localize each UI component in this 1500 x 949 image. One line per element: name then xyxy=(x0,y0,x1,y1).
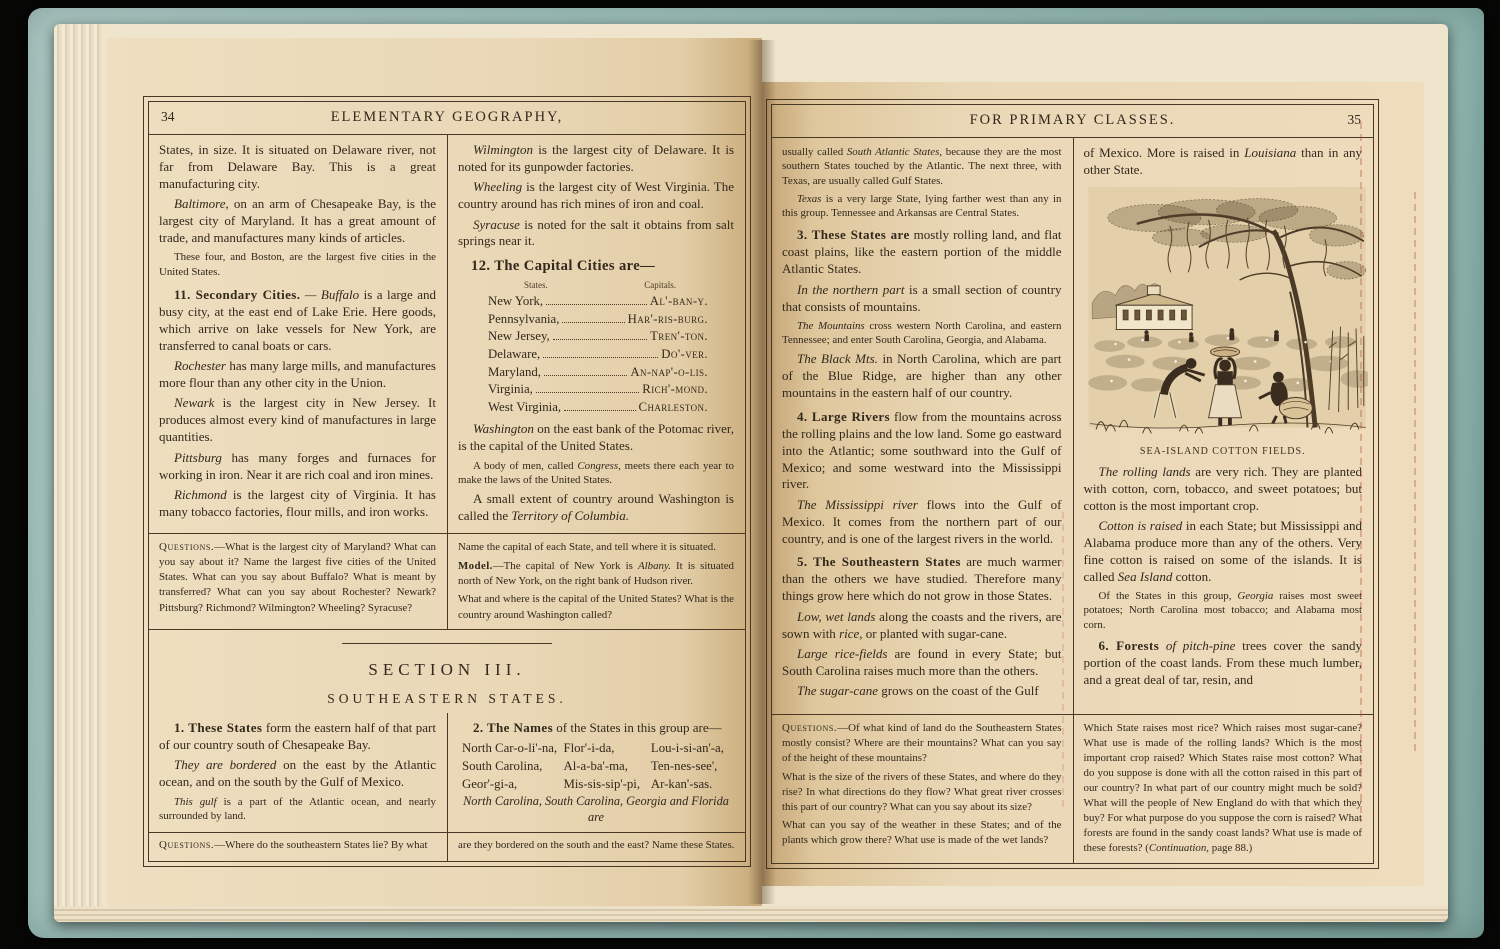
text-run-b: 11. Secondary Cities. xyxy=(174,287,300,302)
state-names-list: North Car-o-li'-na,Flor'-i-da,Lou-i-si-a… xyxy=(462,740,734,792)
questions-right-column: Name the capital of each State, and tell… xyxy=(447,534,745,629)
text-run-i: The Mississippi river xyxy=(797,497,918,512)
paragraph: A small extent of country around Washing… xyxy=(458,491,734,525)
section-divider-rule xyxy=(342,643,552,644)
paragraph: In the northern part is a small section … xyxy=(782,282,1062,316)
section-title: SECTION III. xyxy=(149,660,745,680)
text-run-i2: rice, xyxy=(839,626,862,641)
text-run-i2: Territory of Columbia. xyxy=(511,508,629,523)
capital-cell: An-nap'-o-lis. xyxy=(630,364,708,381)
state-cell: Delaware, xyxy=(488,346,540,363)
text-run-i: Syracuse xyxy=(473,217,520,232)
state-name: Ar-kan'-sas. xyxy=(651,776,734,793)
section-heading: SECTION III. SOUTHEASTERN STATES. xyxy=(149,630,745,713)
paragraph-the-names: 2. The Names of the States in this group… xyxy=(458,720,734,737)
questions-paragraph: Questions.—What is the largest city of M… xyxy=(159,540,436,615)
text-run-i: The Black Mts. xyxy=(797,351,878,366)
capital-cell: Tren'-ton. xyxy=(650,328,708,345)
right-page-body: usually called South Atlantic States, be… xyxy=(772,138,1373,863)
state-name: South Carolina, xyxy=(462,758,563,775)
paragraph: Large rice-fields are found in every Sta… xyxy=(782,646,1062,680)
dotted-leader xyxy=(536,392,639,393)
state-cell: Pennsylvania, xyxy=(488,311,559,328)
paragraph-small: Of the States in this group, Georgia rai… xyxy=(1084,589,1363,632)
text-run-t: —The capital of New York is xyxy=(493,560,638,572)
questions-left-column: Questions.—What is the largest city of M… xyxy=(149,534,447,629)
text-run-i: Wheeling xyxy=(473,179,522,194)
text-run-i: The Mountains xyxy=(797,320,865,332)
paragraph-large-rivers: 4. Large Rivers flow from the mountains … xyxy=(782,409,1062,493)
dotted-leader xyxy=(546,304,647,305)
dotted-leader xyxy=(544,375,627,376)
text-run-t: grows on the coast of the Gulf xyxy=(878,683,1039,698)
text-run-t: Of the States in this group, xyxy=(1099,590,1238,602)
paragraph-forests: 6. Forests of pitch-pine trees cover the… xyxy=(1084,638,1363,689)
footer-right: are they bordered on the south and the e… xyxy=(447,833,745,861)
questions-block: Questions.—Of what kind of land do the S… xyxy=(772,714,1373,863)
questions-label: Questions. xyxy=(159,541,214,553)
left-column: States, in size. It is situated on Delaw… xyxy=(149,135,447,533)
paragraph: They are bordered on the east by the Atl… xyxy=(159,757,436,791)
questions-label: Questions. xyxy=(159,839,214,851)
text-run-t: of the States in this group are— xyxy=(553,720,722,735)
paragraph: Cotton is raised in each State; but Miss… xyxy=(1084,518,1363,586)
text-run-t: These four, and Boston, are the largest … xyxy=(159,251,436,277)
pencil-mark xyxy=(1062,512,1064,812)
dotted-leader xyxy=(553,339,647,340)
dotted-leader xyxy=(562,322,624,323)
state-cell: West Virginia, xyxy=(488,399,561,416)
questions-paragraph: Questions.—Of what kind of land do the S… xyxy=(782,721,1062,766)
text-run-t: A body of men, called xyxy=(473,460,577,472)
text-run-i2: South Atlantic States, xyxy=(847,146,942,158)
text-run-b: Model. xyxy=(458,560,493,572)
text-run-i: Newark xyxy=(174,395,214,410)
right-column: of Mexico. More is raised in Louisiana t… xyxy=(1073,138,1374,714)
text-run-i: Cotton is raised xyxy=(1099,518,1183,533)
capital-cell: Har'-ris-burg. xyxy=(628,311,708,328)
footer-question-text: are they bordered on the south and the e… xyxy=(458,839,734,851)
table-row: Pennsylvania,Har'-ris-burg. xyxy=(458,311,734,328)
table-row: Maryland,An-nap'-o-lis. xyxy=(458,364,734,381)
table-row: New Jersey,Tren'-ton. xyxy=(458,328,734,345)
paragraph-small: These four, and Boston, are the largest … xyxy=(159,250,436,279)
dotted-leader xyxy=(543,357,658,358)
text-run-i: of pitch-pine xyxy=(1159,638,1235,653)
left-page-printed-frame: 34 ELEMENTARY GEOGRAPHY, States, in size… xyxy=(148,101,746,862)
table-row: Virginia,Rich'-mond. xyxy=(458,381,734,398)
table-row: Delaware,Do'-ver. xyxy=(458,346,734,363)
state-name: Al-a-ba'-ma, xyxy=(563,758,650,775)
paragraph: Pittsburg has many forges and furnaces f… xyxy=(159,450,436,484)
capital-cell: Al'-ban-y. xyxy=(650,293,708,310)
text-run-t: is a very large State, lying farther wes… xyxy=(782,193,1062,219)
text-run-i: Pittsburg xyxy=(174,450,222,465)
text-run-t2: page 88.) xyxy=(1209,842,1252,854)
questions-model-line: Model.—The capital of New York is Albany… xyxy=(458,559,734,589)
questions-label: Questions. xyxy=(782,722,837,734)
state-name: Geor'-gi-a, xyxy=(462,776,563,793)
text-run-i2: Georgia xyxy=(1237,590,1273,602)
paragraph: Baltimore, on an arm of Chesapeake Bay, … xyxy=(159,196,436,247)
paragraph: The Black Mts. in North Carolina, which … xyxy=(782,351,1062,402)
text-run-i2: Louisiana xyxy=(1244,145,1296,160)
text-run-t: usually called xyxy=(782,146,847,158)
paragraph-southeastern-states: 5. The Southeastern States are much warm… xyxy=(782,554,1062,605)
paragraph-these-states: 1. These States form the eastern half of… xyxy=(159,720,436,754)
text-run-i: Baltimore, xyxy=(174,196,229,211)
footer-left: Questions.—Where do the southeastern Sta… xyxy=(149,833,447,861)
text-run-i2: Congress, xyxy=(577,460,620,472)
state-name: Flor'-i-da, xyxy=(563,740,650,757)
capital-cell: Do'-ver. xyxy=(661,346,708,363)
state-name: Mis-sis-sip'-pi, xyxy=(563,776,650,793)
paragraph-these-states-are: 3. These States are mostly rolling land,… xyxy=(782,227,1062,278)
state-cell: Maryland, xyxy=(488,364,541,381)
paragraph: Washington on the east bank of the Potom… xyxy=(458,421,734,455)
text-run-i: Rochester xyxy=(174,358,226,373)
dotted-leader xyxy=(564,410,635,411)
state-name: North Car-o-li'-na, xyxy=(462,740,563,757)
questions-line: What and where is the capital of the Uni… xyxy=(458,592,734,622)
capital-cell: Rich'-mond. xyxy=(642,381,708,398)
text-run-b: 3. These States are xyxy=(797,227,910,242)
text-run-i2: Sea Island xyxy=(1118,569,1173,584)
paragraph: Rochester has many large mills, and manu… xyxy=(159,358,436,392)
right-column: Wilmington is the largest city of Delawa… xyxy=(447,135,745,533)
left-page[interactable]: 34 ELEMENTARY GEOGRAPHY, States, in size… xyxy=(106,38,762,906)
state-cell: Virginia, xyxy=(488,381,533,398)
text-run-b: 6. Forests xyxy=(1099,638,1160,653)
paragraph: Wilmington is the largest city of Delawa… xyxy=(458,142,734,176)
questions-line: Name the capital of each State, and tell… xyxy=(458,540,734,555)
right-page-printed-frame: FOR PRIMARY CLASSES. 35 usually called S… xyxy=(771,104,1374,864)
paragraph: Wheeling is the largest city of West Vir… xyxy=(458,179,734,213)
paragraph: of Mexico. More is raised in Louisiana t… xyxy=(1084,145,1363,179)
text-run-i: — Buffalo xyxy=(300,287,359,302)
right-page[interactable]: FOR PRIMARY CLASSES. 35 usually called S… xyxy=(762,82,1424,886)
engraving-image xyxy=(1086,185,1368,443)
section-columns: 1. These States form the eastern half of… xyxy=(149,713,745,832)
states-column-header: States. xyxy=(524,280,548,292)
questions-paragraph: What is the size of the rivers of these … xyxy=(782,770,1062,815)
text-run-t: of Mexico. More is raised in xyxy=(1084,145,1245,160)
sea-island-cotton-fields-engraving: SEA-ISLAND COTTON FIELDS. xyxy=(1086,185,1361,458)
paragraph-small: This gulf is a part of the Atlantic ocea… xyxy=(159,795,436,824)
text-run-i: Texas xyxy=(797,193,821,205)
paragraph: The rolling lands are very rich. They ar… xyxy=(1084,464,1363,515)
paragraph-secondary-cities: 11. Secondary Cities. — Buffalo is a lar… xyxy=(159,287,436,355)
questions-paragraph: What can you say of the weather in these… xyxy=(782,818,1062,848)
paragraph: States, in size. It is situated on Delaw… xyxy=(159,142,436,193)
text-run-t: Which State raises most rice? Which rais… xyxy=(1084,722,1363,854)
questions-paragraph: Which State raises most rice? Which rais… xyxy=(1084,721,1363,856)
italic-continuation-line: North Carolina, South Carolina, Georgia … xyxy=(458,794,734,826)
photographed-book-spread: { "left_page": { "page_number": "34", "r… xyxy=(0,0,1500,949)
text-run-i2: Albany. xyxy=(638,560,671,572)
book-gutter-shadow xyxy=(748,40,776,904)
state-name: Ten-nes-see', xyxy=(651,758,734,775)
pencil-mark xyxy=(1414,192,1416,752)
state-cell: New York, xyxy=(488,293,543,310)
running-head-right: FOR PRIMARY CLASSES. xyxy=(830,112,1315,129)
page-number-34: 34 xyxy=(161,109,207,125)
paragraph: The sugar-cane grows on the coast of the… xyxy=(782,683,1062,700)
paragraph: Low, wet lands along the coasts and the … xyxy=(782,609,1062,643)
state-cell: New Jersey, xyxy=(488,328,550,345)
left-column: usually called South Atlantic States, be… xyxy=(772,138,1073,714)
pencil-mark xyxy=(1360,122,1362,822)
text-run-i: Large rice-fields xyxy=(797,646,887,661)
left-page-body: States, in size. It is situated on Delaw… xyxy=(149,135,745,861)
paragraph: Syracuse is noted for the salt it obtain… xyxy=(458,217,734,251)
paragraph: Richmond is the largest city of Virginia… xyxy=(159,487,436,521)
table-row: West Virginia,Charleston. xyxy=(458,399,734,416)
right-page-header: FOR PRIMARY CLASSES. 35 xyxy=(772,105,1373,138)
text-run-i: In the northern part xyxy=(797,282,904,297)
section-subtitle: SOUTHEASTERN STATES. xyxy=(149,691,745,707)
capital-table-headers: States. Capitals. xyxy=(458,279,734,293)
questions-block: Questions.—What is the largest city of M… xyxy=(149,533,745,630)
page-number-35: 35 xyxy=(1315,112,1361,128)
text-run-i: Washington xyxy=(473,421,534,436)
footer-questions-row: Questions.—Where do the southeastern Sta… xyxy=(149,832,745,861)
paragraph-small: Texas is a very large State, lying farth… xyxy=(782,192,1062,221)
text-run-i: This gulf xyxy=(174,796,217,808)
text-run-i: Richmond xyxy=(174,487,227,502)
text-run-i: Wilmington xyxy=(473,142,533,157)
text-run-i: The rolling lands xyxy=(1099,464,1191,479)
questions-left-column: Questions.—Of what kind of land do the S… xyxy=(772,715,1073,863)
capitals-column-header: Capitals. xyxy=(644,280,676,292)
text-run-t: States, in size. It is situated on Delaw… xyxy=(159,142,436,191)
capital-cell: Charleston. xyxy=(639,399,708,416)
section-right-column: 2. The Names of the States in this group… xyxy=(447,713,745,832)
paragraph: Newark is the largest city in New Jersey… xyxy=(159,395,436,446)
paragraph-small: The Mountains cross western North Caroli… xyxy=(782,319,1062,348)
illustration-caption: SEA-ISLAND COTTON FIELDS. xyxy=(1086,445,1361,458)
text-run-t2: or planted with sugar-cane. xyxy=(863,626,1008,641)
state-name: Lou-i-si-an'-a, xyxy=(651,740,734,757)
left-page-header: 34 ELEMENTARY GEOGRAPHY, xyxy=(149,102,745,135)
section-left-column: 1. These States form the eastern half of… xyxy=(149,713,447,832)
capital-cities-table: States. Capitals. New York,Al'-ban-y. Pe… xyxy=(458,279,734,415)
text-run-i: Low, wet lands xyxy=(797,609,875,624)
text-run-b: 1. These States xyxy=(174,720,262,735)
footer-question-text: —Where do the southeastern States lie? B… xyxy=(214,839,427,851)
main-text-columns: States, in size. It is situated on Delaw… xyxy=(149,135,745,533)
paragraph-small: A body of men, called Congress, meets th… xyxy=(458,459,734,488)
text-run-b: 2. The Names xyxy=(473,720,553,735)
text-run-i: They are bordered xyxy=(174,757,276,772)
questions-right-column: Which State raises most rice? Which rais… xyxy=(1073,715,1374,863)
table-row: New York,Al'-ban-y. xyxy=(458,293,734,310)
text-run-b: 4. Large Rivers xyxy=(797,409,890,424)
running-head-left: ELEMENTARY GEOGRAPHY, xyxy=(207,109,687,126)
text-run-t2: cotton. xyxy=(1172,569,1211,584)
paragraph-small: usually called South Atlantic States, be… xyxy=(782,145,1062,188)
paragraph: The Mississippi river flows into the Gul… xyxy=(782,497,1062,548)
text-run-i: The sugar-cane xyxy=(797,683,878,698)
text-run-i2: Continuation, xyxy=(1149,842,1209,854)
capital-cities-heading: 12. The Capital Cities are— xyxy=(458,257,734,276)
text-run-b: 5. The Southeastern States xyxy=(797,554,961,569)
main-text-columns: usually called South Atlantic States, be… xyxy=(772,138,1373,714)
